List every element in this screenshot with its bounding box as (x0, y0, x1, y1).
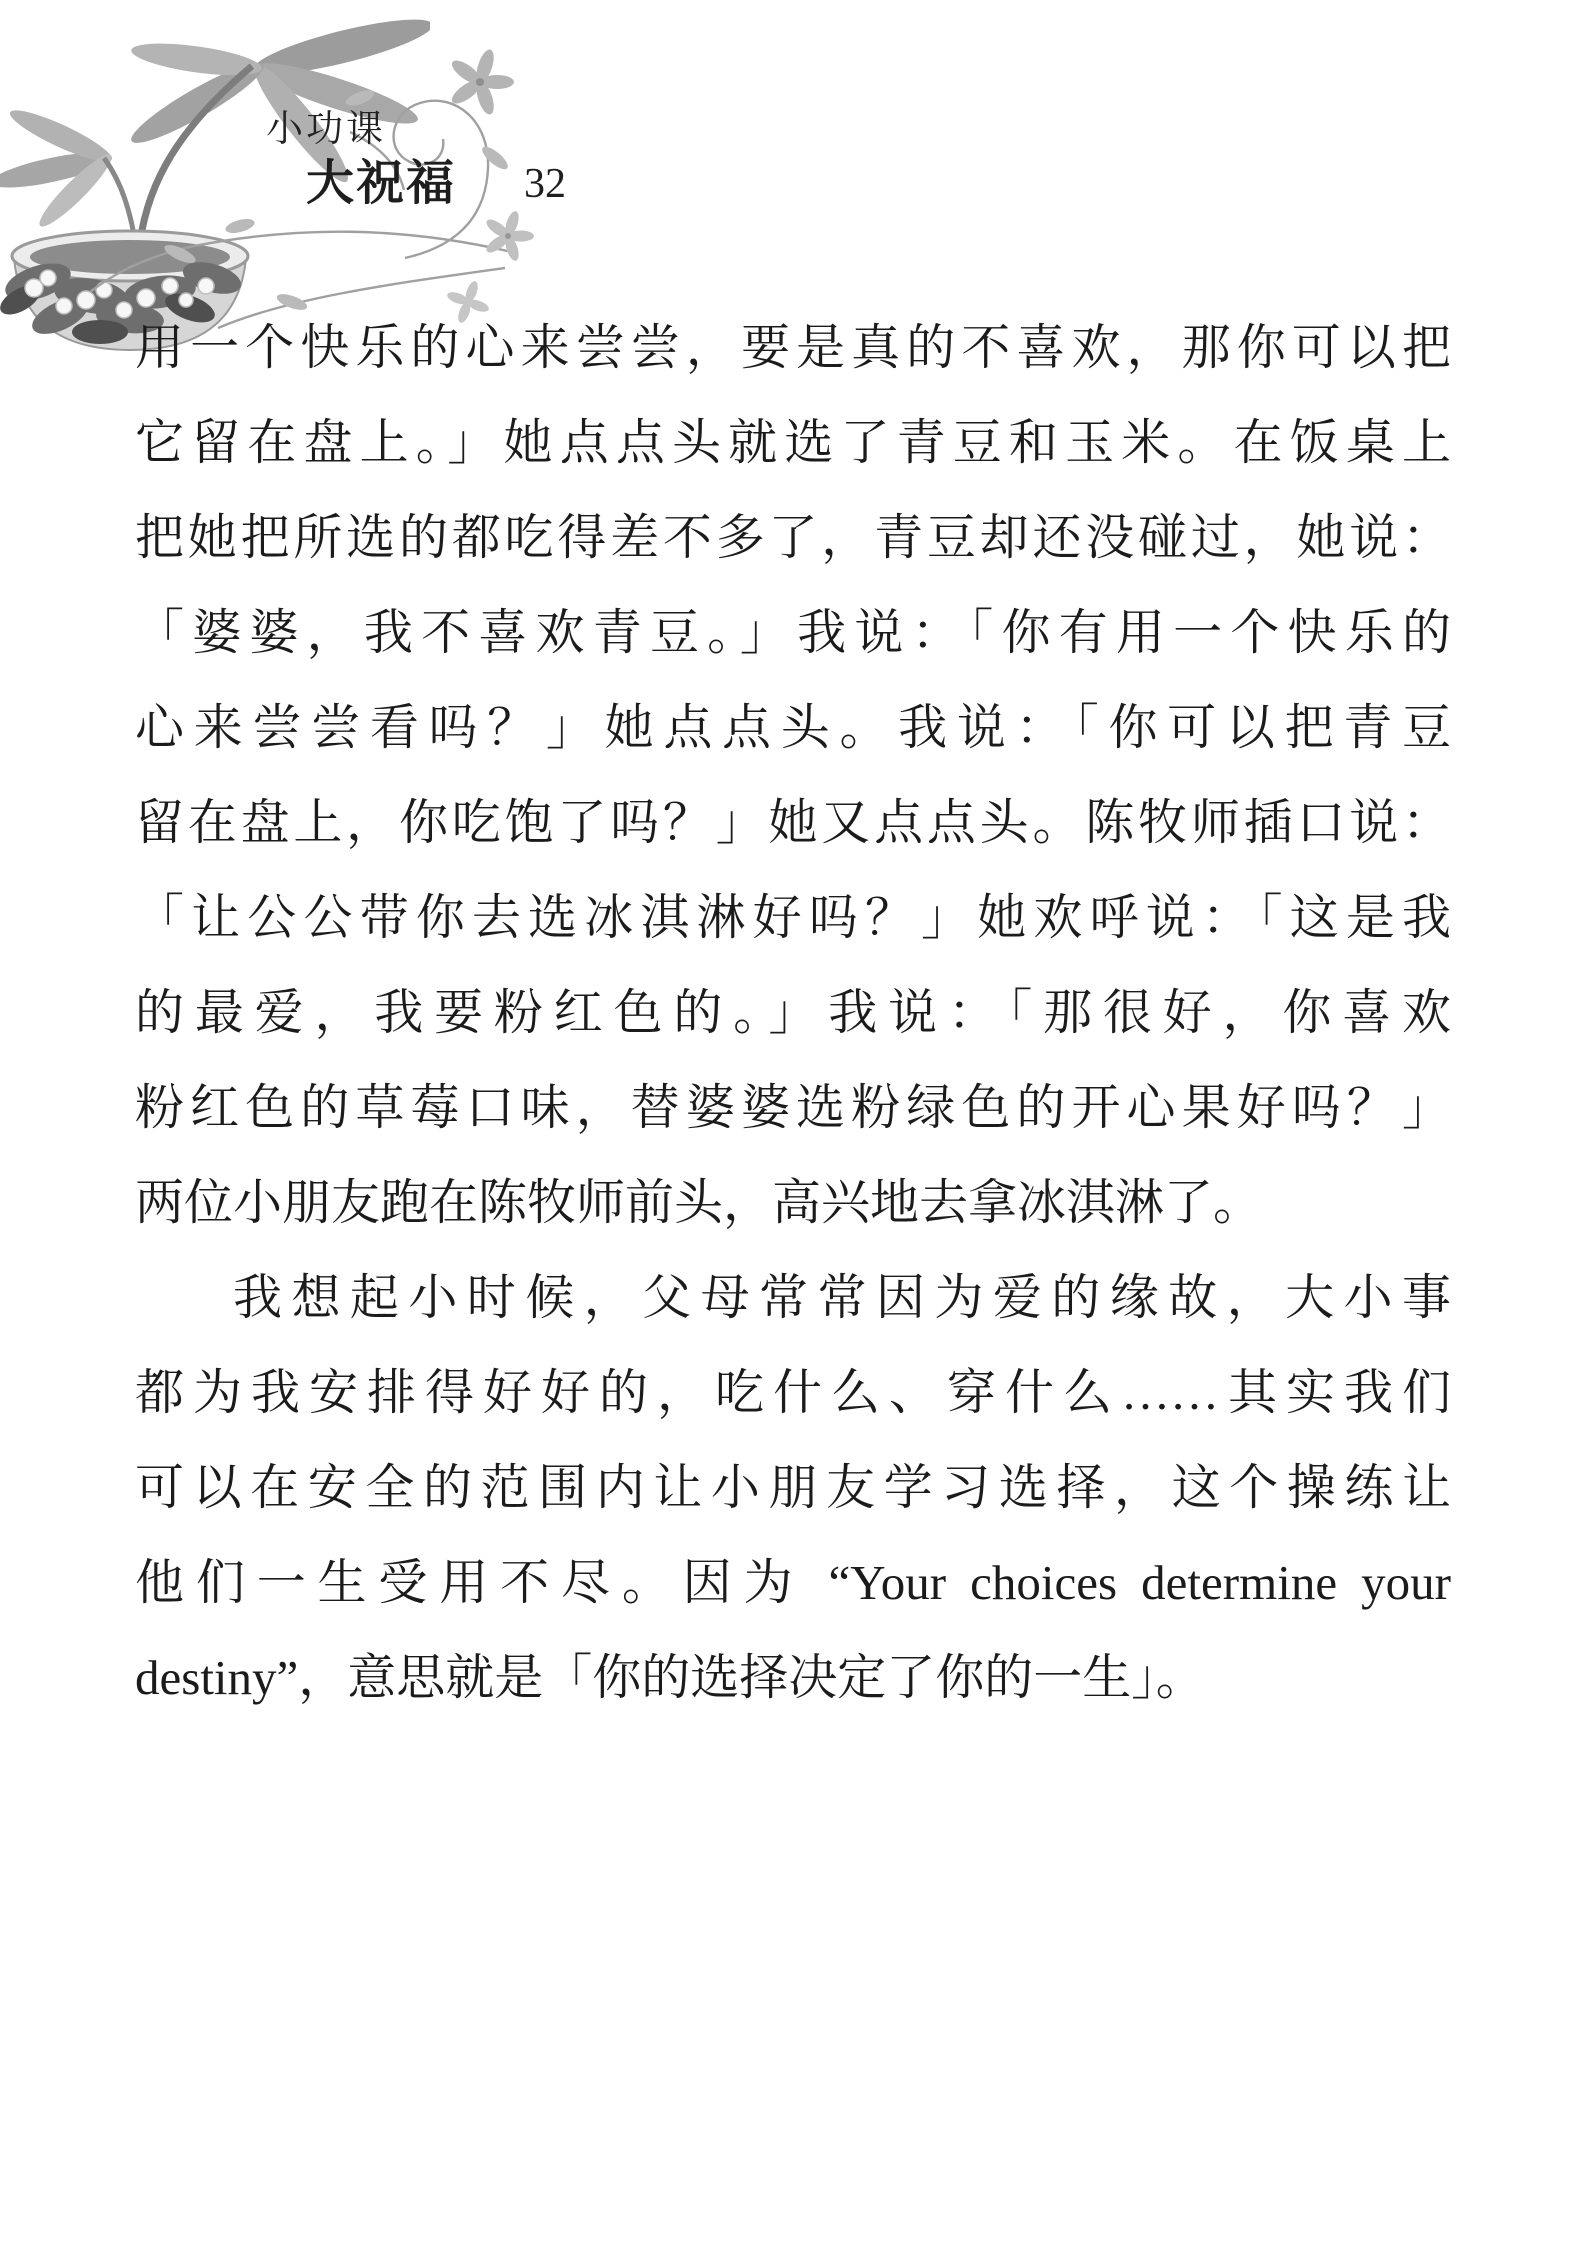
body-text-line: 都为我安排得好好的，吃什么、穿什么……其实我们 (135, 1345, 1451, 1440)
body-text-line: 留在盘上，你吃饱了吗？」她又点点头。陈牧师插口说： (135, 775, 1451, 870)
book-page: 小功课 大祝福 32 用一个快乐的心来尝尝，要是真的不喜欢，那你可以把 它留在盘… (0, 0, 1571, 2256)
body-text-line: 「让公公带你去选冰淇淋好吗？」她欢呼说：「这是我 (135, 870, 1451, 965)
body-text-line: 「婆婆，我不喜欢青豆。」我说：「你有用一个快乐的 (135, 585, 1451, 680)
body-text-line: 它留在盘上。」她点点头就选了青豆和玉米。在饭桌上 (135, 395, 1451, 490)
body-text-line: 他们一生受用不尽。因为 “Your choices determine your (135, 1535, 1451, 1630)
body-text-line: 用一个快乐的心来尝尝，要是真的不喜欢，那你可以把 (135, 300, 1451, 395)
body-text-line: 心来尝尝看吗？」她点点头。我说：「你可以把青豆 (135, 680, 1451, 775)
body-text-line: 两位小朋友跑在陈牧师前头，高兴地去拿冰淇淋了。 (135, 1155, 1451, 1250)
body-text-line: 把她把所选的都吃得差不多了，青豆却还没碰过，她说： (135, 490, 1451, 585)
body-text-line: 我想起小时候，父母常常因为爱的缘故，大小事 (135, 1250, 1451, 1345)
page-number: 32 (524, 160, 566, 208)
body-text-line: 粉红色的草莓口味，替婆婆选粉绿色的开心果好吗？」 (135, 1060, 1451, 1155)
header-title-line2: 大祝福 (306, 144, 456, 213)
body-text-line: 的最爱，我要粉红色的。」我说：「那很好，你喜欢 (135, 965, 1451, 1060)
body-text: 用一个快乐的心来尝尝，要是真的不喜欢，那你可以把 它留在盘上。」她点点头就选了青… (135, 300, 1451, 1725)
body-text-line: destiny”，意思就是「你的选择决定了你的一生」。 (135, 1630, 1451, 1725)
body-text-line: 可以在安全的范围内让小朋友学习选择，这个操练让 (135, 1440, 1451, 1535)
